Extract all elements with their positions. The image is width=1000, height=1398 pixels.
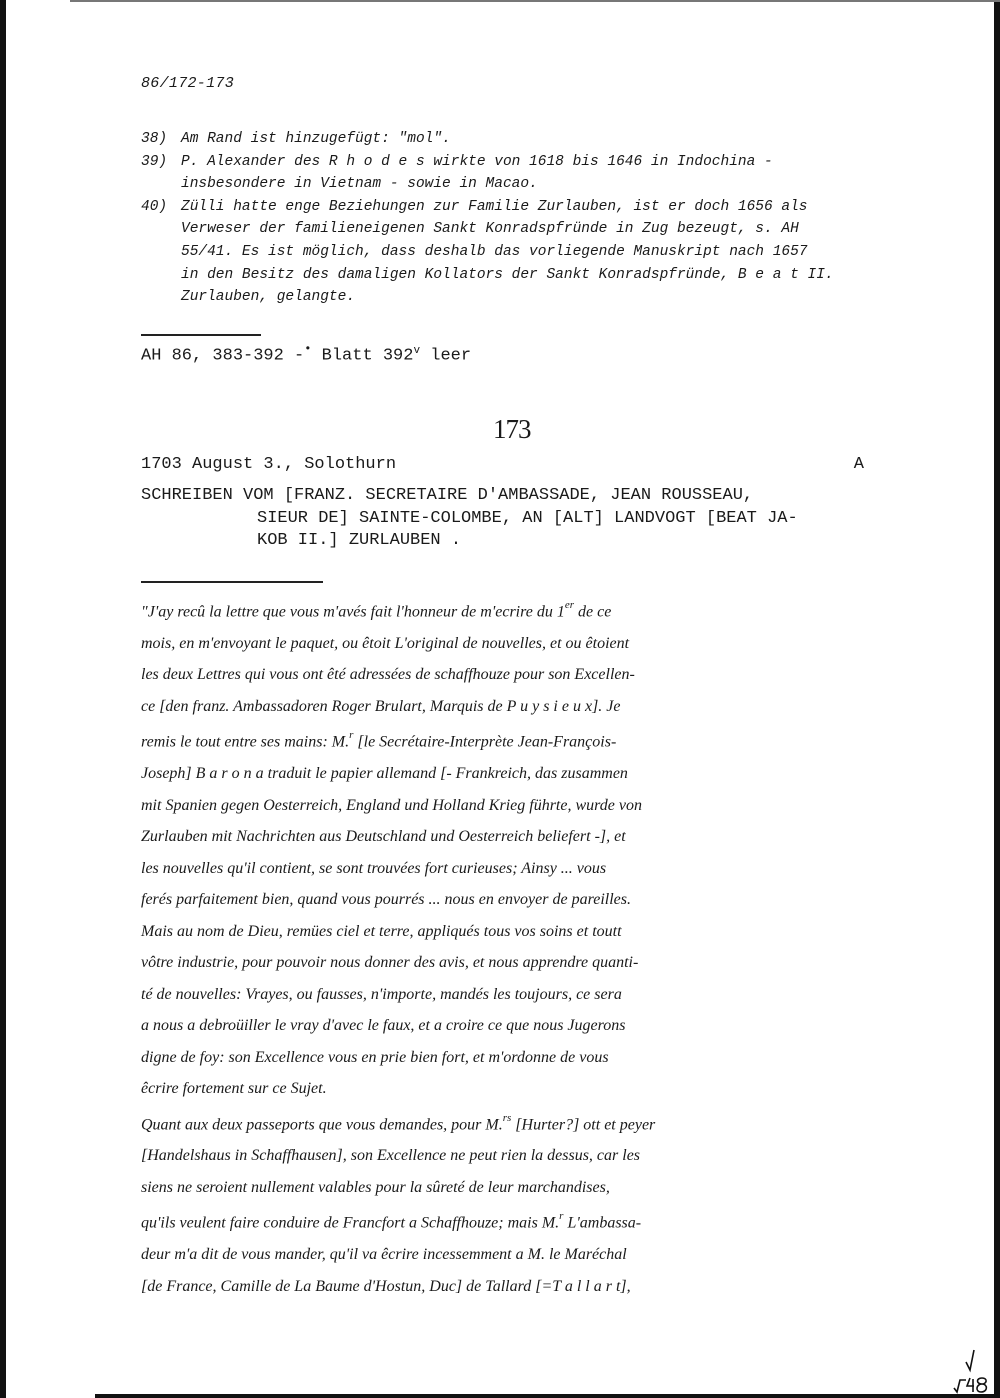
footnotes: 38) Am Rand ist hinzugefügt: "mol". 39) … [141,128,941,309]
footnote-38: 38) Am Rand ist hinzugefügt: "mol". [141,128,941,151]
body-line: "J'ay recû la lettre que vous m'avés fai… [141,592,941,628]
body-line: Zurlauben mit Nachrichten aus Deutschlan… [141,821,941,853]
body-text: L'ambassa- [563,1215,641,1232]
date-place-line: 1703 August 3., Solothurn A [141,455,881,474]
footnote-number: 38) [141,128,181,151]
footnote-text: Zülli hatte enge Beziehungen zur Familie… [181,196,941,309]
body-line: [Handelshaus in Schaffhausen], son Excel… [141,1140,941,1172]
page-reference: 86/172-173 [141,75,234,92]
body-text: "J'ay recû la lettre que vous m'avés fai… [141,603,565,620]
handwritten-check-mark-icon: √ 548 [948,1348,996,1394]
footnote-text: Am Rand ist hinzugefügt: "mol". [181,128,941,151]
scan-edge-right [994,0,1000,1398]
footnote-39: 39) P. Alexander des R h o d e s wirkte … [141,151,941,196]
body-line: qu'ils veulent faire conduire de Francfo… [141,1203,941,1239]
body-line: siens ne seroient nullement valables pou… [141,1172,941,1204]
body-line: les nouvelles qu'il contient, se sont tr… [141,853,941,885]
letter-body: "J'ay recû la lettre que vous m'avés fai… [141,592,941,1302]
superscript: r [349,729,353,741]
date-place: 1703 August 3., Solothurn [141,455,396,474]
body-line: Joseph] B a r o n a traduit le papier al… [141,758,941,790]
heading-line: SIEUR DE] SAINTE-COLOMBE, AN [ALT] LANDV… [141,508,911,531]
body-text: remis le tout entre ses mains: M. [141,734,349,751]
body-line: [de France, Camille de La Baume d'Hostun… [141,1271,941,1303]
superscript: rs [503,1112,512,1124]
verso-superscript: v [413,345,420,357]
body-line: les deux Lettres qui vous ont êté adress… [141,659,941,691]
archive-note-prefix: AH 86, 383-392 - [141,347,304,366]
scan-edge-top [70,0,1000,2]
heading-divider [141,581,323,583]
body-line: Quant aux deux passeports que vous deman… [141,1105,941,1141]
body-line: ce [den franz. Ambassadoren Roger Brular… [141,691,941,723]
scanned-page: 86/172-173 38) Am Rand ist hinzugefügt: … [0,0,1000,1398]
body-text: [Hurter?] ott et peyer [511,1116,655,1133]
footnote-number: 40) [141,196,181,309]
body-line: mit Spanien gegen Oesterreich, England u… [141,790,941,822]
body-line: êcrire fortement sur ce Sujet. [141,1073,941,1105]
body-line: té de nouvelles: Vrayes, ou fausses, n'i… [141,979,941,1011]
body-line: remis le tout entre ses mains: M.r [le S… [141,722,941,758]
entry-heading: SCHREIBEN VOM [FRANZ. SECRETAIRE D'AMBAS… [141,485,911,553]
body-text: qu'ils veulent faire conduire de Francfo… [141,1215,559,1232]
archive-note-blatt: Blatt 392 [322,347,414,366]
scan-edge-left [0,0,6,1398]
body-text: Quant aux deux passeports que vous deman… [141,1116,503,1133]
scan-edge-bottom [95,1394,1000,1398]
archive-note-suffix: leer [430,347,471,366]
superscript: r [559,1210,563,1222]
body-line: vôtre industrie, pour pouvoir nous donne… [141,947,941,979]
superscript: er [565,599,574,611]
footnote-divider [141,334,261,336]
bullet-dot-icon: • [304,342,311,356]
body-text: [le Secrétaire-Interprète Jean-François- [353,734,616,751]
body-text: de ce [574,603,611,620]
body-line: mois, en m'envoyant le paquet, ou êtoit … [141,628,941,660]
footnote-40: 40) Zülli hatte enge Beziehungen zur Fam… [141,196,941,309]
body-line: Mais au nom de Dieu, remües ciel et terr… [141,916,941,948]
body-line: a nous a debroüiller le vray d'avec le f… [141,1010,941,1042]
archive-note: AH 86, 383-392 -• Blatt 392v leer [141,345,471,366]
footnote-text: P. Alexander des R h o d e s wirkte von … [181,151,941,196]
entry-type-badge: A [854,455,864,474]
footnote-number: 39) [141,151,181,196]
body-line: digne de foy: son Excellence vous en pri… [141,1042,941,1074]
body-line: ferés parfaitement bien, quand vous pour… [141,884,941,916]
heading-line: SCHREIBEN VOM [FRANZ. SECRETAIRE D'AMBAS… [141,486,753,505]
body-line: deur m'a dit de vous mander, qu'il va êc… [141,1239,941,1271]
entry-number: 173 [493,414,531,445]
heading-line: KOB II.] ZURLAUBEN . [141,530,911,553]
